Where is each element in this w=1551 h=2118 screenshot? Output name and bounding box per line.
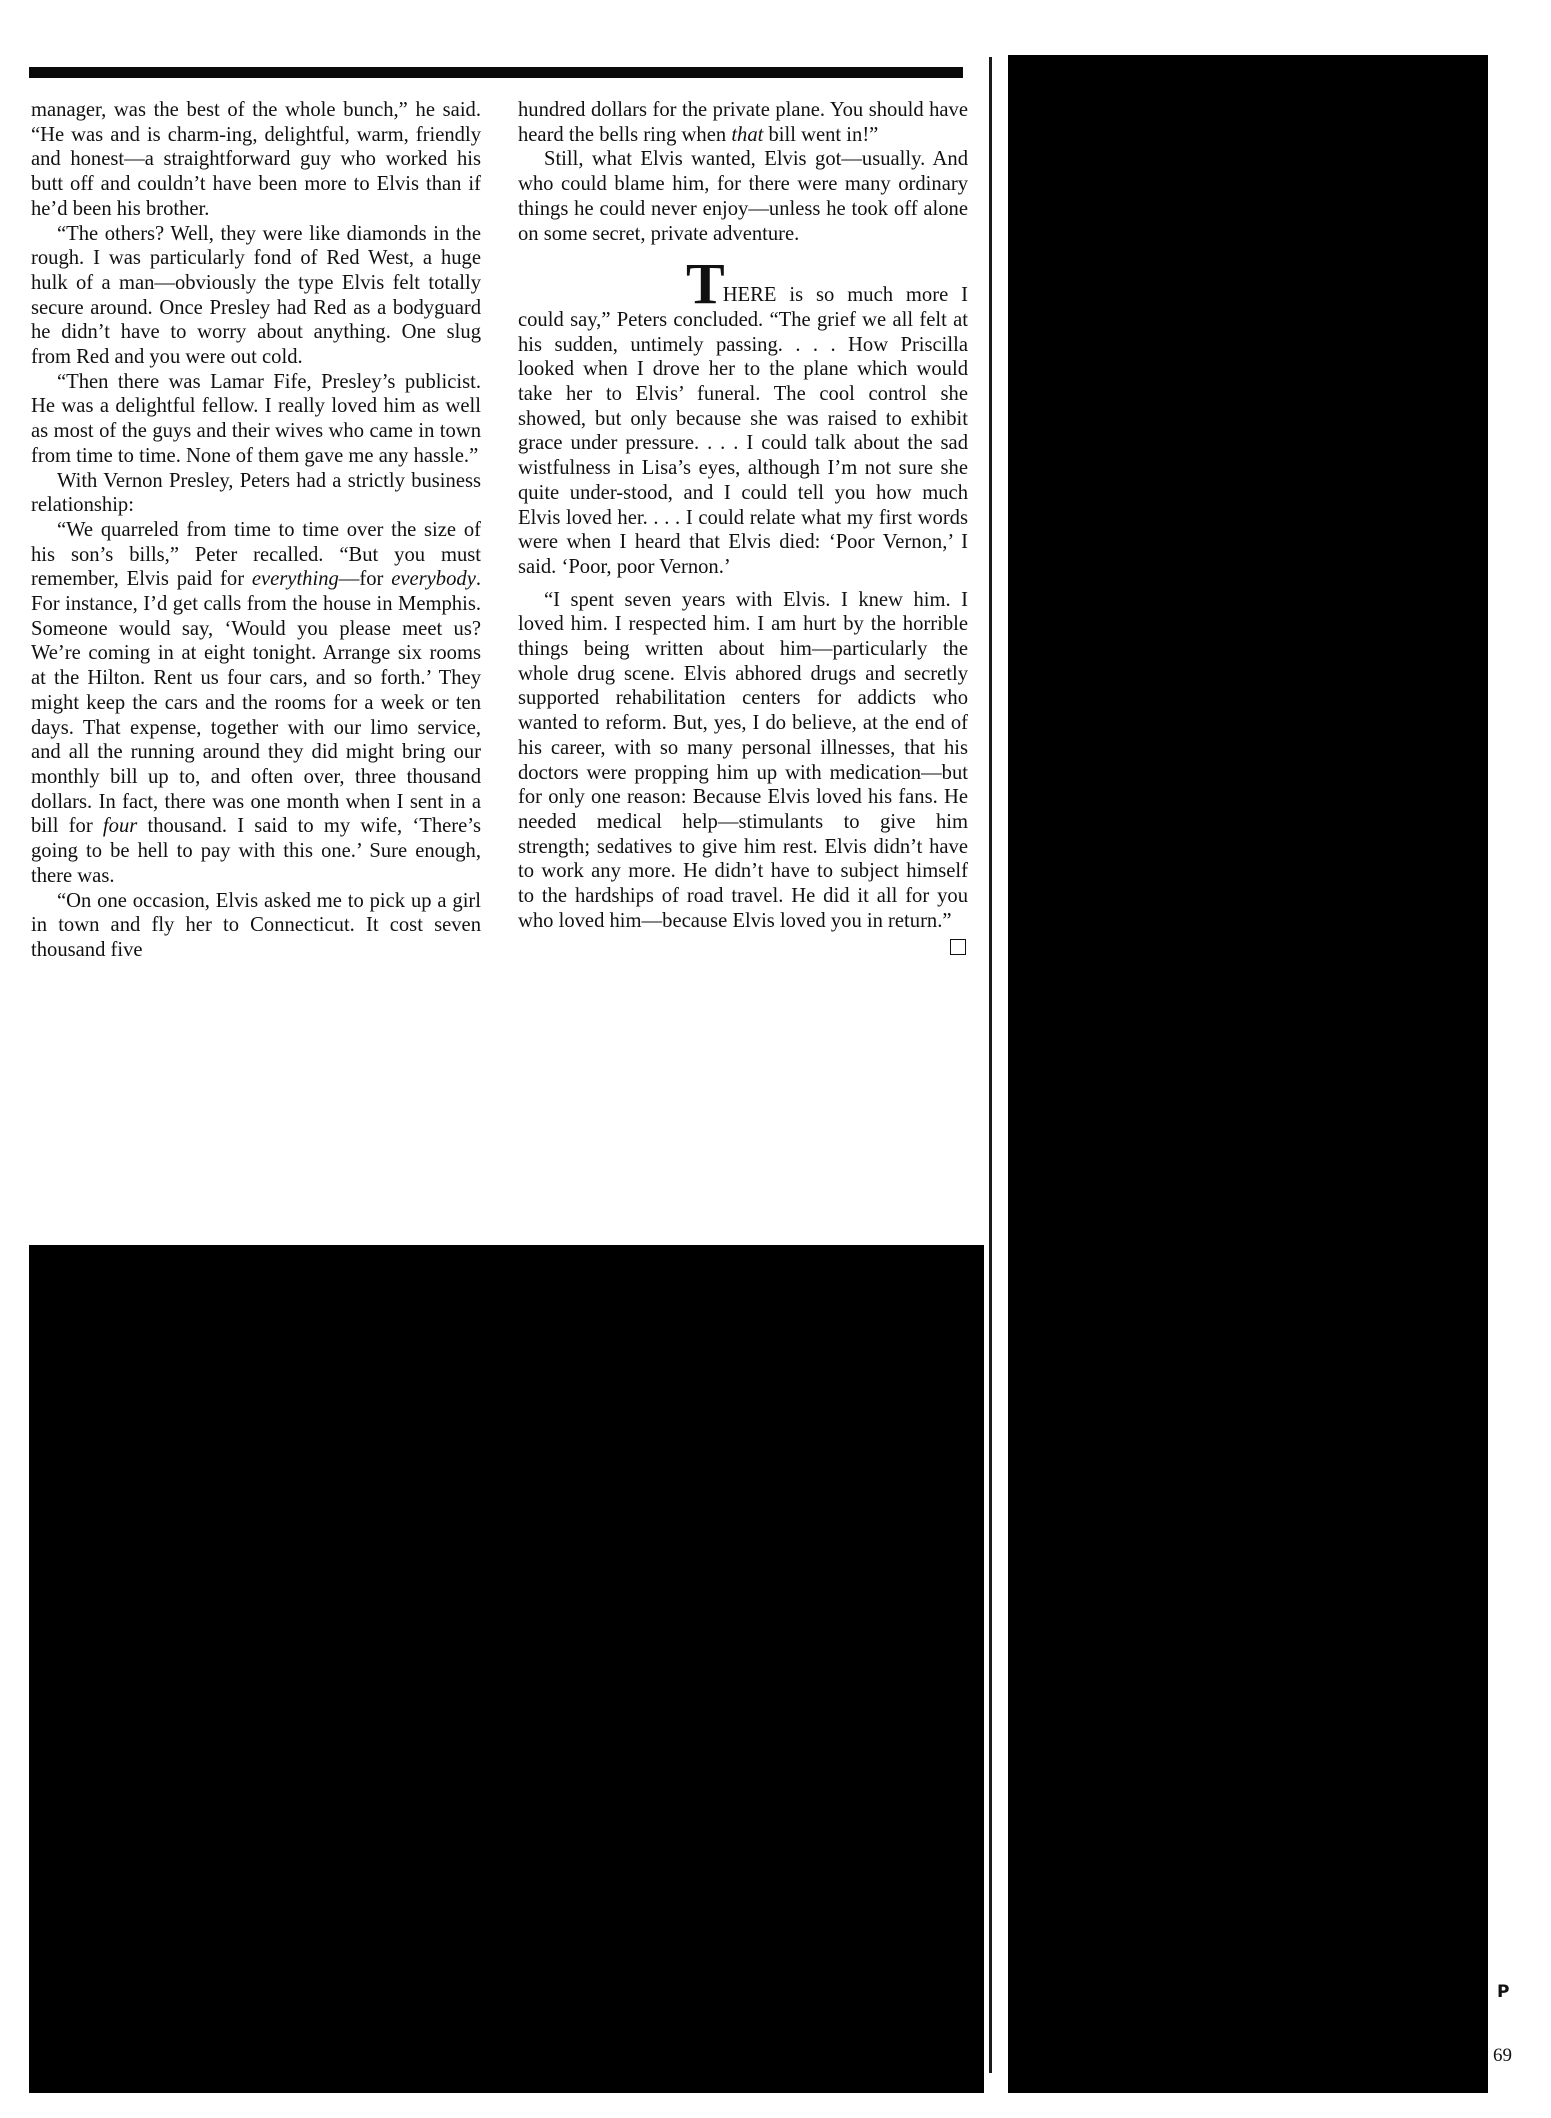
drop-cap: T bbox=[686, 251, 723, 316]
paragraph: With Vernon Presley, Peters had a strict… bbox=[31, 469, 481, 518]
redacted-image-bottom bbox=[29, 1245, 984, 2093]
article-column-right: hundred dollars for the private plane. Y… bbox=[518, 98, 968, 955]
paragraph: hundred dollars for the private plane. Y… bbox=[518, 98, 968, 147]
article-column-left: manager, was the best of the whole bunch… bbox=[31, 98, 481, 963]
paragraph: “I spent seven years with Elvis. I knew … bbox=[518, 588, 968, 934]
paragraph: “The others? Well, they were like diamon… bbox=[31, 222, 481, 370]
emphasis: four bbox=[103, 815, 137, 837]
paragraph: “On one occasion, Elvis asked me to pick… bbox=[31, 889, 481, 963]
section-opening-paragraph: THERE is so much more I could say,” Pete… bbox=[518, 264, 968, 579]
text-run: is so much more I could say,” Peters con… bbox=[518, 284, 968, 578]
redacted-image-right bbox=[1008, 55, 1488, 2093]
page-number: 69 bbox=[1493, 2045, 1512, 2067]
section-mark: P bbox=[1497, 1982, 1509, 2002]
paragraph: Still, what Elvis wanted, Elvis got—usua… bbox=[518, 147, 968, 246]
emphasis: that bbox=[731, 124, 763, 146]
end-of-article-square-icon bbox=[950, 939, 966, 955]
paragraph: manager, was the best of the whole bunch… bbox=[31, 98, 481, 222]
text-run: bill went in!” bbox=[763, 124, 878, 146]
small-caps-lead: HERE bbox=[723, 284, 777, 306]
text-run: —for bbox=[339, 568, 391, 590]
emphasis: everything bbox=[252, 568, 339, 590]
top-rule bbox=[29, 67, 963, 78]
column-divider-rule bbox=[989, 57, 992, 2073]
text-run: . For instance, I’d get calls from the h… bbox=[31, 568, 481, 837]
paragraph: “We quarreled from time to time over the… bbox=[31, 518, 481, 889]
paragraph: “Then there was Lamar Fife, Presley’s pu… bbox=[31, 370, 481, 469]
emphasis: everybody bbox=[391, 568, 476, 590]
text-run: “I spent seven years with Elvis. I knew … bbox=[518, 589, 968, 932]
